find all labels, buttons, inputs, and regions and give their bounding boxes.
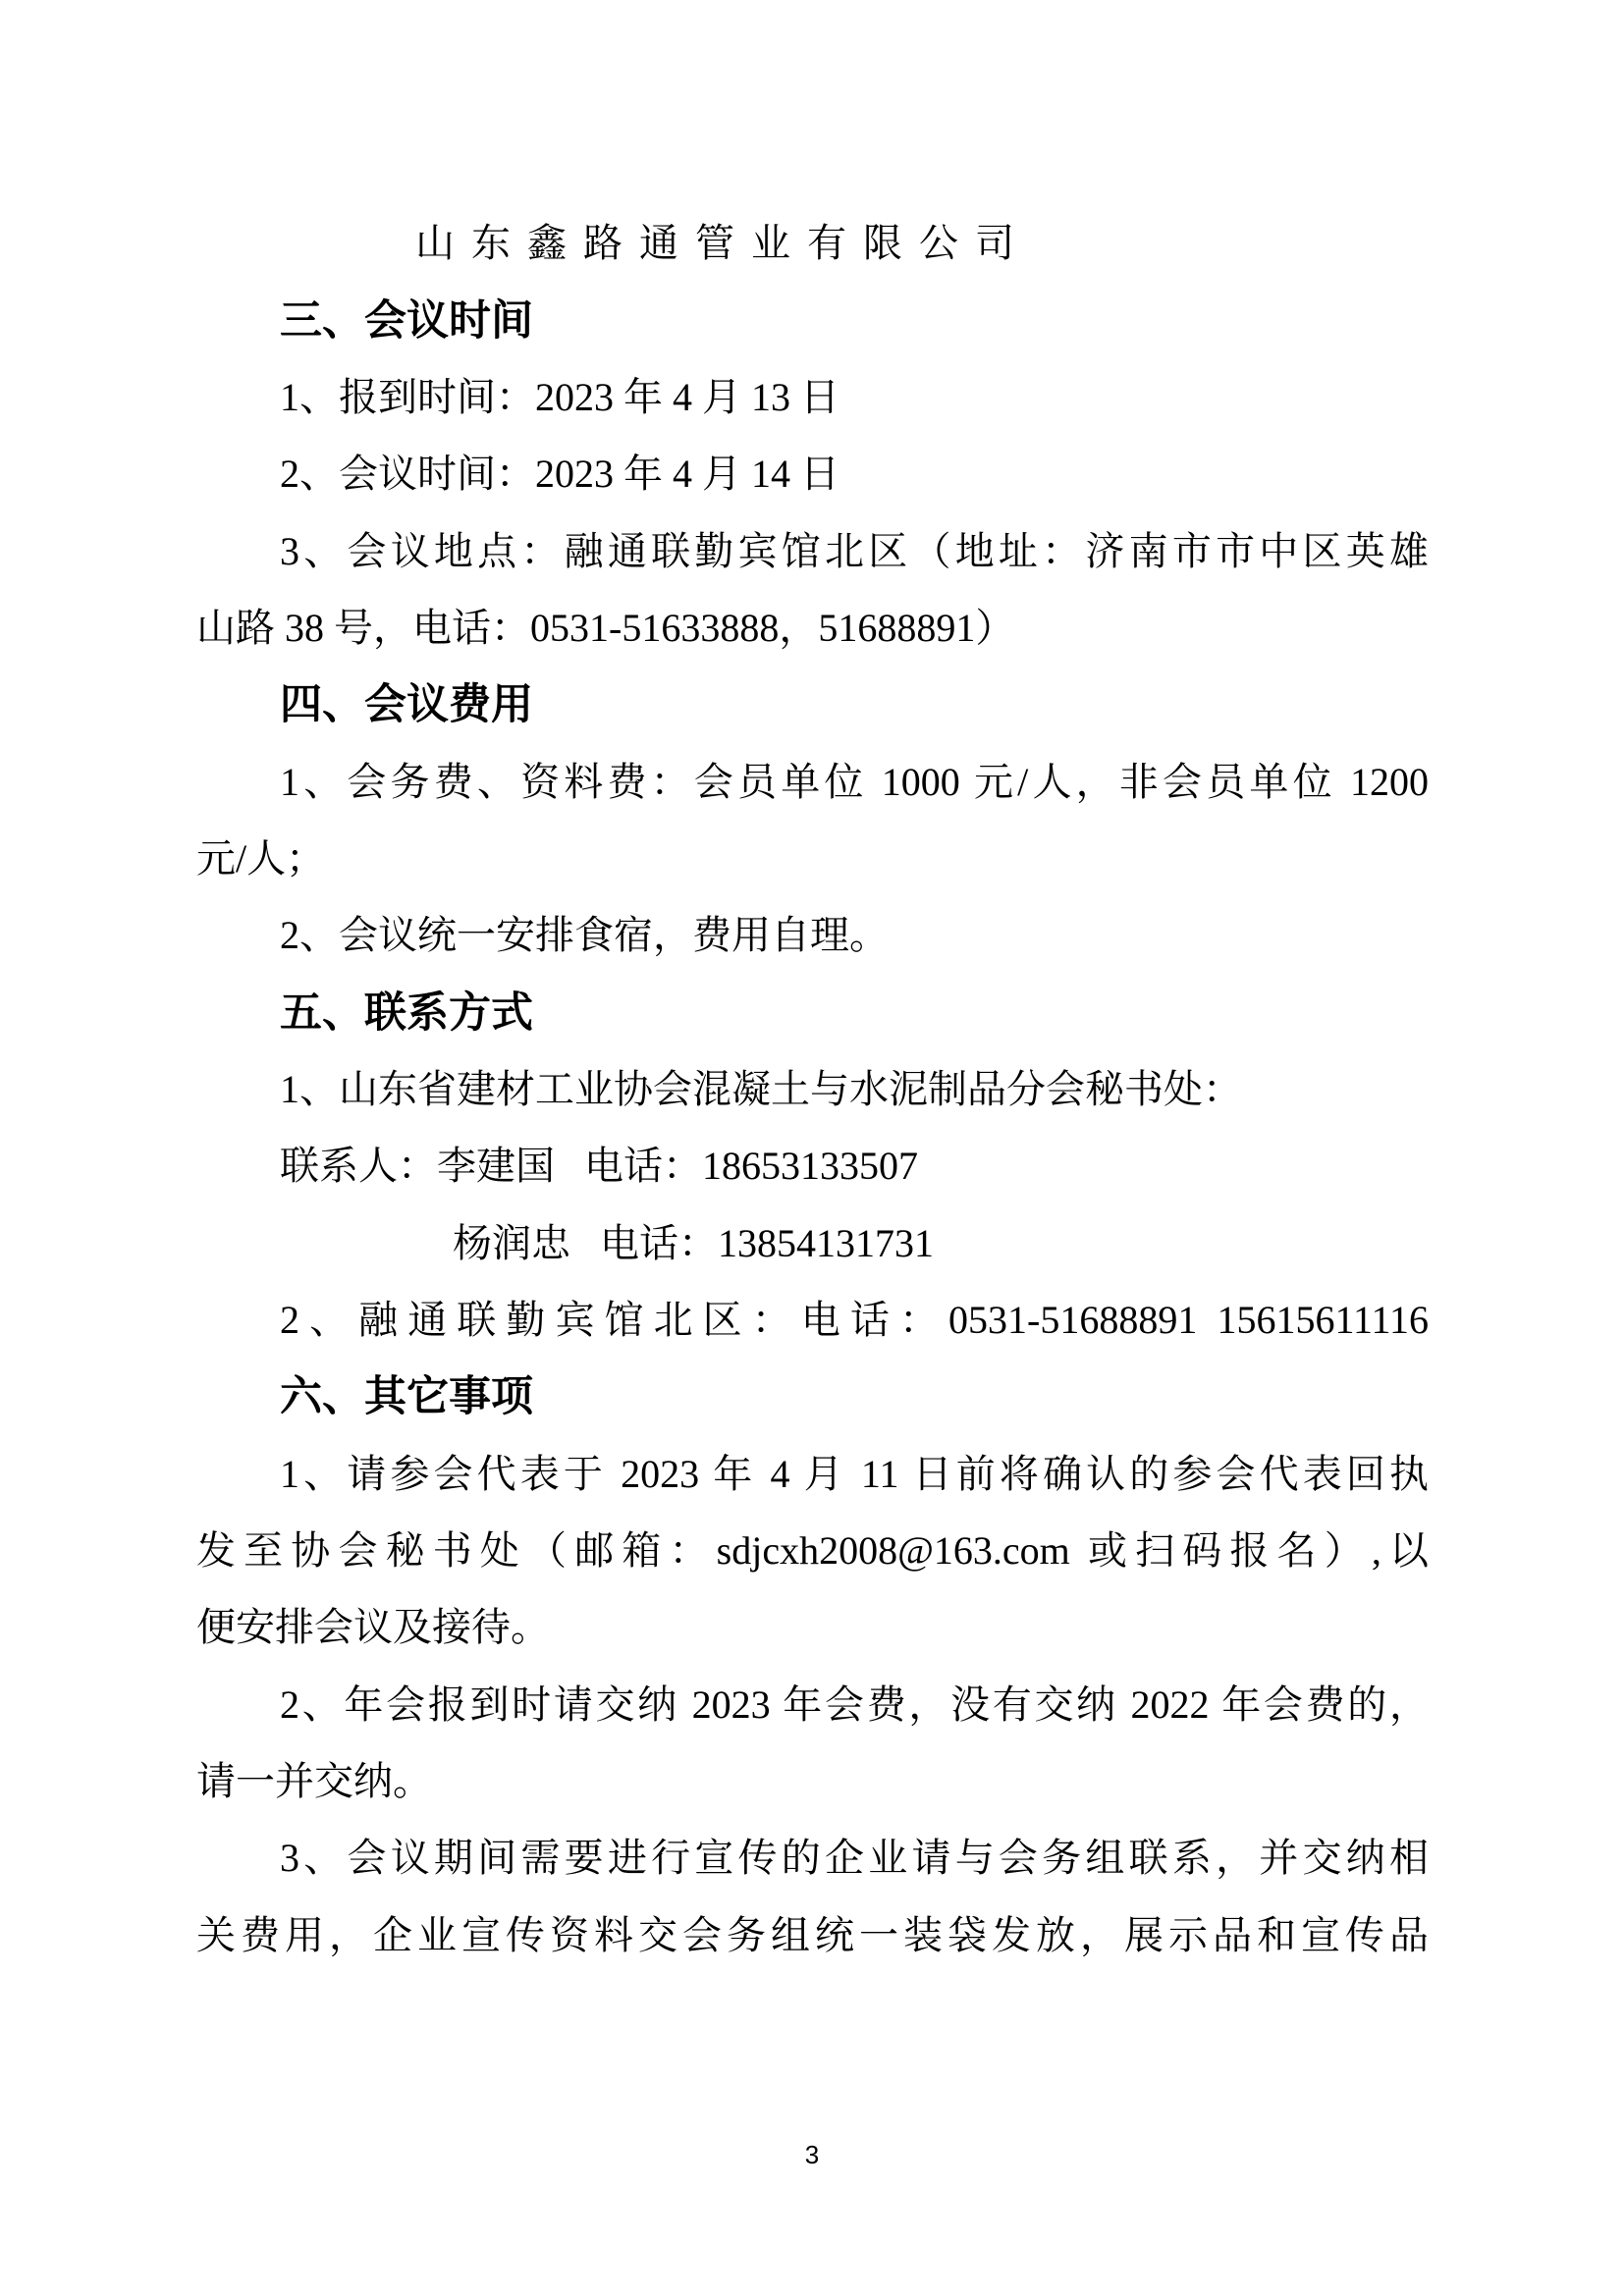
item-lodging: 2、会议统一安排食宿，费用自理。 bbox=[280, 896, 889, 975]
item-dues-line2: 请一并交纳。 bbox=[196, 1742, 432, 1821]
item-meeting-time: 2、会议时间：2023 年 4 月 14 日 bbox=[280, 435, 839, 513]
item-hotel-phone: 2、融通联勤宾馆北区：电话：0531-51688891 15615611116 bbox=[280, 1281, 1429, 1360]
heading-meeting-time: 三、会议时间 bbox=[280, 282, 533, 360]
contact-person-1: 联系人：李建国 电话：18653133507 bbox=[280, 1127, 918, 1205]
heading-other-matters: 六、其它事项 bbox=[280, 1358, 533, 1436]
item-fee-line1: 1、会务费、资料费：会员单位 1000 元/人，非会员单位 1200 bbox=[280, 743, 1429, 822]
item-promotion-line1: 3、会议期间需要进行宣传的企业请与会务组联系，并交纳相 bbox=[280, 1819, 1429, 1897]
item-checkin-time: 1、报到时间：2023 年 4 月 13 日 bbox=[280, 358, 839, 437]
page-number: 3 bbox=[0, 2140, 1624, 2169]
item-receipt-line3: 便安排会议及接待。 bbox=[196, 1588, 550, 1667]
item-promotion-line2: 关费用，企业宣传资料交会务组统一装袋发放，展示品和宣传品 bbox=[196, 1896, 1429, 1975]
contact-person-2: 杨润忠 电话：13854131731 bbox=[453, 1204, 934, 1283]
document-page: 山东鑫路通管业有限公司 三、会议时间 1、报到时间：2023 年 4 月 13 … bbox=[0, 0, 1624, 2296]
heading-meeting-fee: 四、会议费用 bbox=[280, 666, 533, 744]
item-meeting-place-line1: 3、会议地点：融通联勤宾馆北区（地址：济南市市中区英雄 bbox=[280, 512, 1429, 591]
item-meeting-place-line2: 山路 38 号，电话：0531-51633888，51688891） bbox=[196, 589, 1014, 667]
item-secretariat: 1、山东省建材工业协会混凝土与水泥制品分会秘书处： bbox=[280, 1050, 1242, 1129]
heading-contact: 五、联系方式 bbox=[280, 974, 533, 1052]
item-fee-line2: 元/人； bbox=[196, 820, 325, 898]
company-name-line: 山东鑫路通管业有限公司 bbox=[415, 204, 1031, 283]
item-receipt-line2: 发至协会秘书处（邮箱：sdjcxh2008@163.com 或扫码报名）,以 bbox=[196, 1512, 1429, 1590]
item-receipt-line1: 1、请参会代表于 2023 年 4 月 11 日前将确认的参会代表回执 bbox=[280, 1435, 1429, 1514]
item-dues-line1: 2、年会报到时请交纳 2023 年会费，没有交纳 2022 年会费的， bbox=[280, 1666, 1429, 1744]
